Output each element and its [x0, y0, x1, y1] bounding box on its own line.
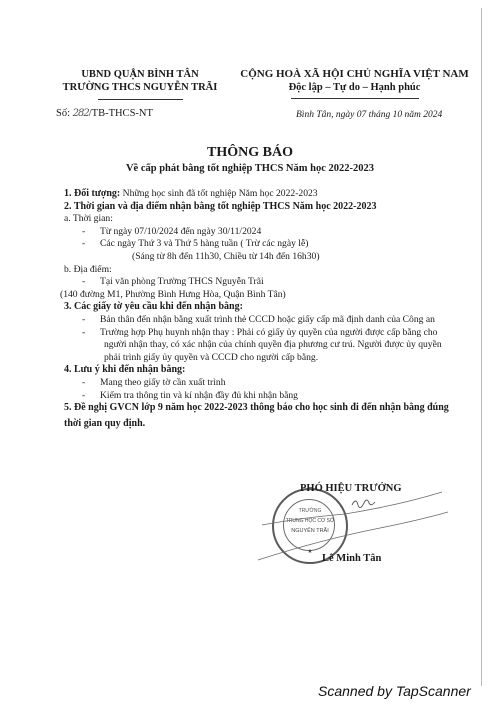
signer-name: Lê Minh Tân — [322, 553, 381, 564]
signer-title: PHÓ HIỆU TRƯỞNG — [300, 483, 402, 494]
signature-strokes-icon — [0, 0, 500, 708]
scanned-document-page: UBND QUẬN BÌNH TÂN TRƯỜNG THCS NGUYỄN TR… — [0, 0, 500, 708]
scanner-watermark: Scanned by TapScanner — [318, 683, 471, 699]
